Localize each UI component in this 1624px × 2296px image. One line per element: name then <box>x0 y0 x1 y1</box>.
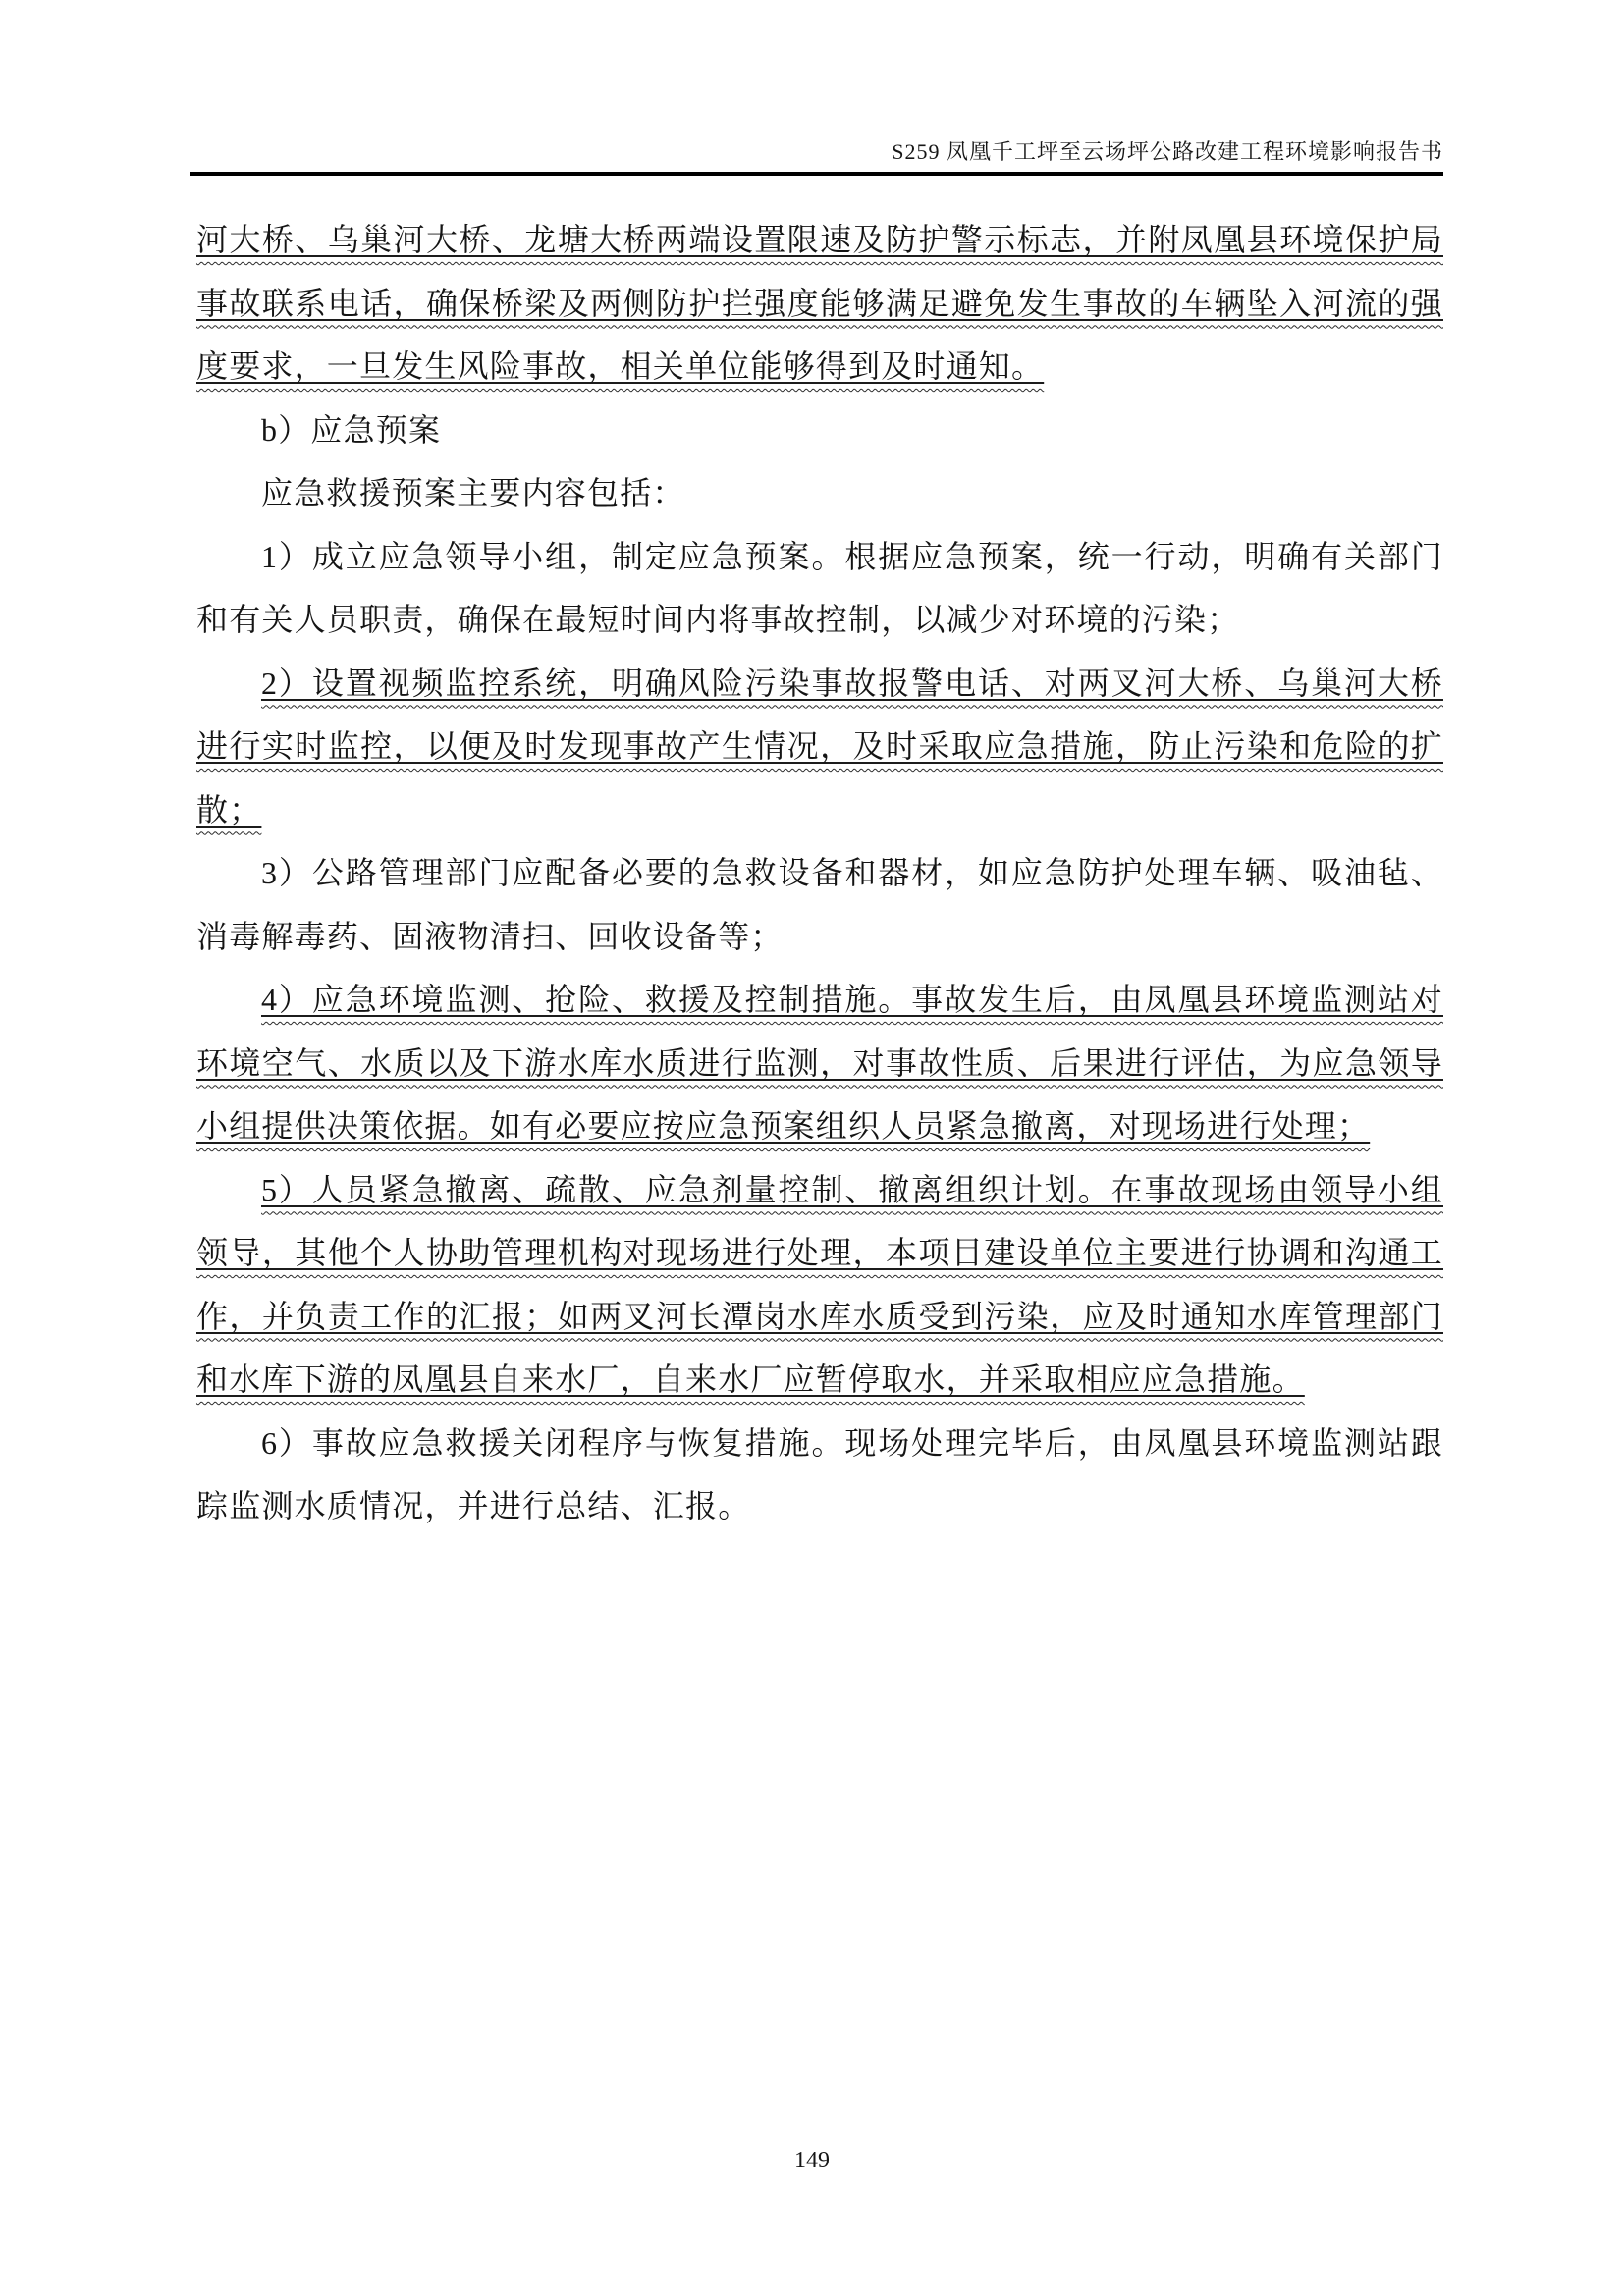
underline-wavy: 2）设置视频监控系统，明确风险污染事故报警电话、对两叉河大桥、乌巢河大桥进行实时… <box>196 666 1443 828</box>
underline-wavy: 河大桥、乌巢河大桥、龙塘大桥两端设置限速及防护警示标志，并附凤凰县环境保护局事故… <box>196 222 1443 384</box>
paragraph-intro: 应急救援预案主要内容包括： <box>196 461 1443 525</box>
paragraph-text: b）应急预案 <box>261 412 441 448</box>
paragraph-heading-b: b）应急预案 <box>196 399 1443 462</box>
paragraph-text: 河大桥、乌巢河大桥、龙塘大桥两端设置限速及防护警示标志，并附凤凰县环境保护局事故… <box>196 222 1443 384</box>
document-body: 河大桥、乌巢河大桥、龙塘大桥两端设置限速及防护警示标志，并附凤凰县环境保护局事故… <box>196 208 1443 1538</box>
paragraph-text: 应急救援预案主要内容包括： <box>261 475 685 510</box>
header-rule <box>190 172 1443 176</box>
paragraph-text: 1）成立应急领导小组，制定应急预案。根据应急预案，统一行动，明确有关部门和有关人… <box>196 539 1443 638</box>
underline-wavy: 4）应急环境监测、抢险、救援及控制措施。事故发生后，由凤凰县环境监测站对环境空气… <box>196 982 1443 1144</box>
paragraph-text: 5）人员紧急撤离、疏散、应急剂量控制、撤离组织计划。在事故现场由领导小组领导，其… <box>196 1172 1443 1398</box>
paragraph-item-4: 4）应急环境监测、抢险、救援及控制措施。事故发生后，由凤凰县环境监测站对环境空气… <box>196 968 1443 1158</box>
paragraph-item-1: 1）成立应急领导小组，制定应急预案。根据应急预案，统一行动，明确有关部门和有关人… <box>196 525 1443 652</box>
page-number: 149 <box>0 2148 1624 2174</box>
paragraph-item-3: 3）公路管理部门应配备必要的急救设备和器材，如应急防护处理车辆、吸油毡、消毒解毒… <box>196 841 1443 968</box>
paragraph-text: 3）公路管理部门应配备必要的急救设备和器材，如应急防护处理车辆、吸油毡、消毒解毒… <box>196 855 1443 954</box>
page-header-title: S259 凤凰千工坪至云场坪公路改建工程环境影响报告书 <box>190 138 1443 166</box>
paragraph-item-2: 2）设置视频监控系统，明确风险污染事故报警电话、对两叉河大桥、乌巢河大桥进行实时… <box>196 652 1443 842</box>
paragraph-text: 6）事故应急救援关闭程序与恢复措施。现场处理完毕后，由凤凰县环境监测站跟踪监测水… <box>196 1425 1443 1524</box>
paragraph-text: 4）应急环境监测、抢险、救援及控制措施。事故发生后，由凤凰县环境监测站对环境空气… <box>196 982 1443 1144</box>
paragraph-item-6: 6）事故应急救援关闭程序与恢复措施。现场处理完毕后，由凤凰县环境监测站跟踪监测水… <box>196 1412 1443 1538</box>
paragraph-continuation: 河大桥、乌巢河大桥、龙塘大桥两端设置限速及防护警示标志，并附凤凰县环境保护局事故… <box>196 208 1443 399</box>
paragraph-text: 2）设置视频监控系统，明确风险污染事故报警电话、对两叉河大桥、乌巢河大桥进行实时… <box>196 666 1443 828</box>
paragraph-item-5: 5）人员紧急撤离、疏散、应急剂量控制、撤离组织计划。在事故现场由领导小组领导，其… <box>196 1158 1443 1412</box>
document-page: S259 凤凰千工坪至云场坪公路改建工程环境影响报告书 河大桥、乌巢河大桥、龙塘… <box>0 0 1624 2296</box>
underline-wavy: 5）人员紧急撤离、疏散、应急剂量控制、撤离组织计划。在事故现场由领导小组领导，其… <box>196 1172 1443 1398</box>
